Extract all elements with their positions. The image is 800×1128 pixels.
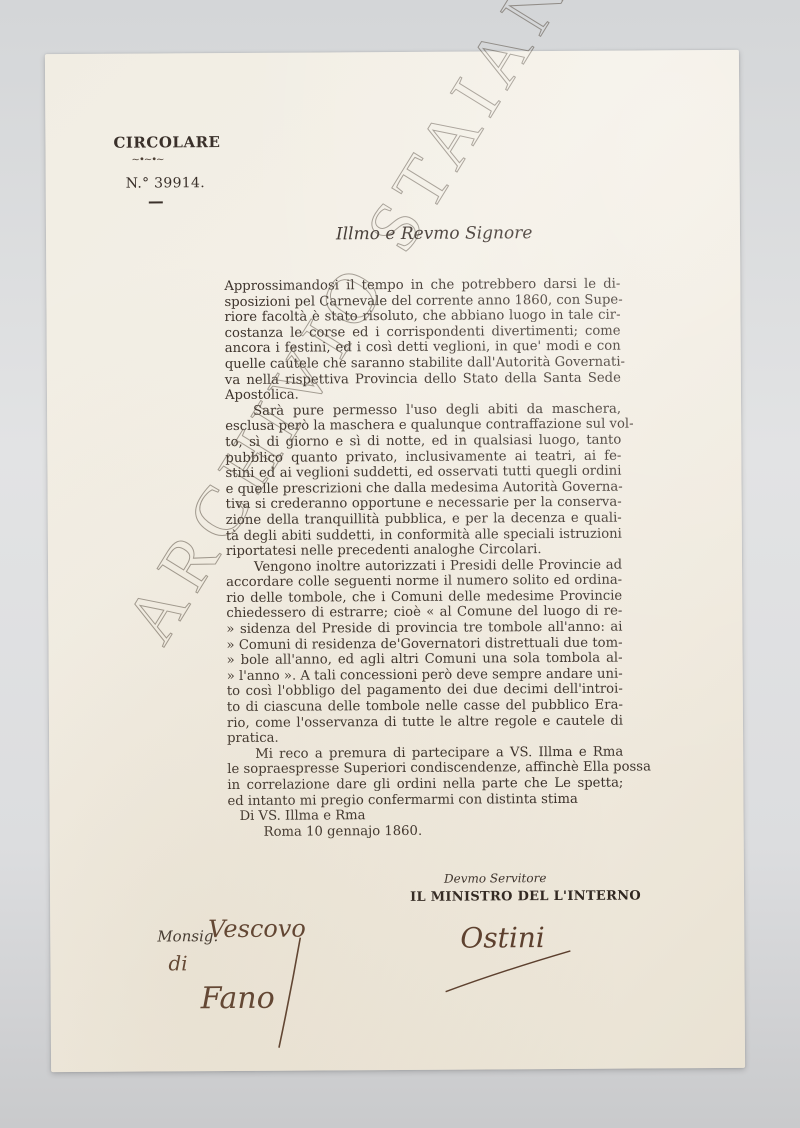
paragraph-tombole: Vengono inoltre autorizzati i Presidi de… — [226, 557, 623, 747]
signature-flourish-icon — [440, 941, 580, 1002]
text-line: zione della tranquillità pubblica, e per… — [226, 511, 622, 529]
handwritten-addressee-di: di — [168, 951, 187, 975]
handwriting-stroke-icon — [270, 933, 311, 1053]
text-line: Approssimandosi il tempo in che potrebbe… — [224, 277, 620, 295]
handwritten-addressee-city: Fano — [201, 981, 275, 1016]
text-line: rio, come l'osservanza di tutte le altre… — [227, 713, 623, 731]
photo-background: CIRCOLARE ~•~•~ N.° 39914. Illmo e Revmo… — [0, 0, 800, 1128]
document-sheet: CIRCOLARE ~•~•~ N.° 39914. Illmo e Revmo… — [45, 50, 745, 1072]
text-line: in correlazione dare gli ordini nella pa… — [227, 776, 623, 794]
protocol-number: N.° 39914. — [126, 175, 205, 191]
ornament-divider: ~•~•~ — [132, 154, 164, 165]
header-rule — [149, 201, 163, 203]
text-line: tà degli abiti suddetti, in conformità a… — [226, 526, 622, 544]
text-line: ed intanto mi pregio confermarmi con dis… — [227, 791, 623, 809]
signature-minister: IL MINISTRO DEL L'INTERNO — [410, 889, 641, 905]
text-line: to di ciascuna delle tombole nelle casse… — [227, 698, 623, 716]
place-date: Roma 10 gennajo 1860. — [228, 822, 624, 840]
signature-role: Devmo Servitore — [444, 871, 547, 886]
paragraph-closing: Mi reco a premura di partecipare a VS. I… — [227, 744, 623, 809]
document-title: CIRCOLARE — [113, 133, 220, 152]
